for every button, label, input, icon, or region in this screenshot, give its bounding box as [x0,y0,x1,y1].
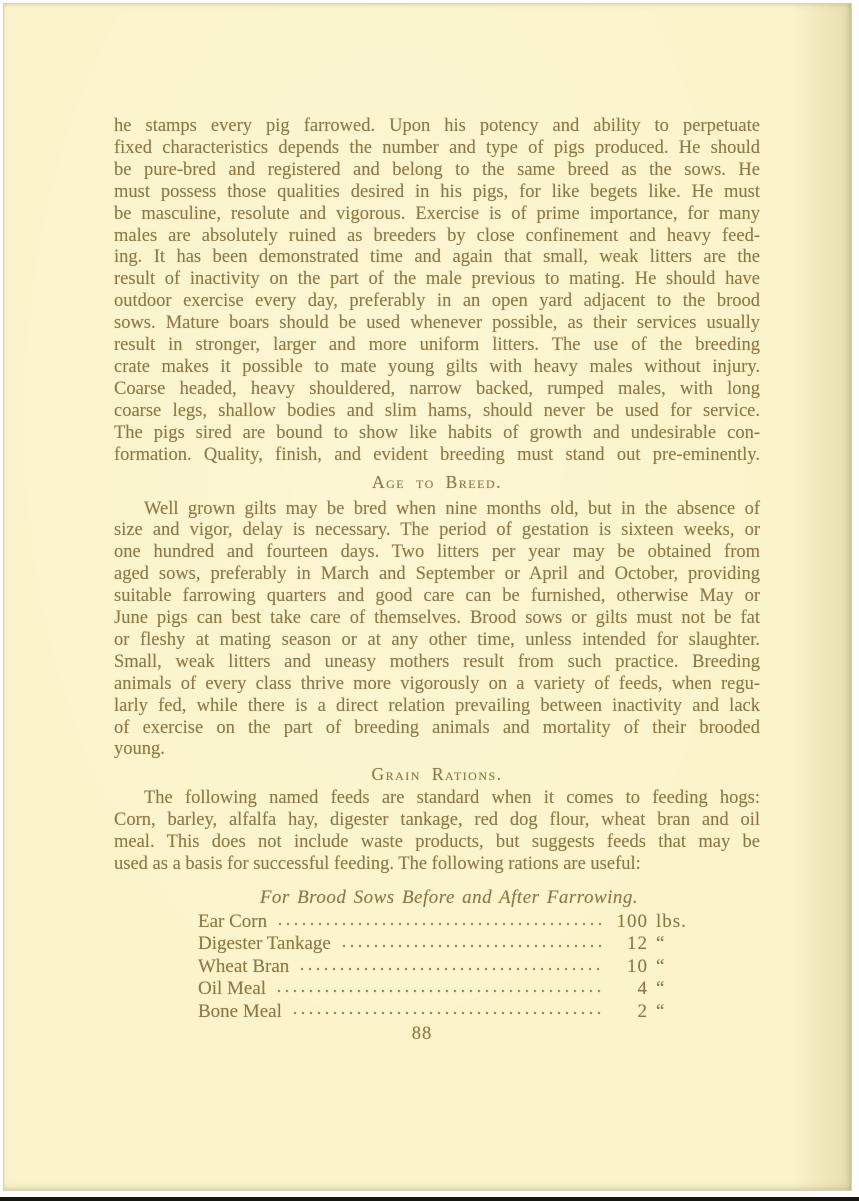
text-line: size and vigor, delay is necessary. The … [114,520,760,542]
text-line: Small, weak litters and uneasy mothers r… [114,652,760,674]
text-line: Corn, barley, alfalfa hay, digester tank… [114,810,760,832]
text-line: meal. This does not include waste produc… [114,832,760,854]
ration-table: For Brood Sows Before and After Farrowin… [198,886,700,1023]
text-line: June pigs can best take care of themselv… [114,608,760,630]
text-line: must possess those qualities desired in … [114,182,760,204]
text-line: or fleshy at mating season or at any oth… [114,630,760,652]
ration-unit: lbs. [656,911,700,933]
text-line: used as a basis for successful feeding. … [114,854,760,876]
text-line: males are absolutely ruined as breeders … [114,226,760,248]
text-line: of exercise on the part of breeding anim… [114,718,760,740]
dot-leader [274,911,602,933]
text-line: young. [114,739,760,761]
text-line: The following named feeds are standard w… [114,788,760,810]
text-line: fixed characteristics depends the number… [114,138,760,160]
ration-item-label: Digester Tankage [198,933,338,955]
page-number: 88 [84,1023,760,1045]
ration-table-rows: Ear Corn 100 lbs. Digester Tankage 12 “ … [198,911,700,1023]
text-line: Well grown gilts may be bred when nine m… [114,499,760,521]
text-line: result of inactivity on the part of the … [114,269,760,291]
text-line: outdoor exercise every day, preferably i… [114,291,760,313]
ration-item-label: Bone Meal [198,1001,289,1023]
ration-item-label: Oil Meal [198,978,273,1000]
ration-unit-ditto: “ [656,978,700,1000]
text-line: result in stronger, larger and more unif… [114,335,760,357]
ration-unit-ditto: “ [656,1001,700,1023]
text-line: sows. Mature boars should be used whenev… [114,313,760,335]
text-line: be pure-bred and registered and belong t… [114,160,760,182]
text-line: one hundred and fourteen days. Two litte… [114,542,760,564]
section-heading-age-to-breed: Age to Breed. [114,472,760,493]
text-line: ing. It has been demonstrated time and a… [114,247,760,269]
text-line: he stamps every pig farrowed. Upon his p… [114,116,760,138]
paragraph-boar-qualities: he stamps every pig farrowed. Upon his p… [114,116,760,467]
text-line: aged sows, preferably in March and Septe… [114,564,760,586]
scanned-book-page: he stamps every pig farrowed. Upon his p… [0,0,859,1202]
paragraph-age-to-breed: Well grown gilts may be bred when nine m… [114,499,760,762]
text-line: coarse legs, shallow bodies and slim ham… [114,401,760,423]
text-block: he stamps every pig farrowed. Upon his p… [114,4,760,1045]
ration-table-title: For Brood Sows Before and After Farrowin… [198,886,700,909]
paper-page: he stamps every pig farrowed. Upon his p… [3,3,852,1191]
ration-item-label: Ear Corn [198,911,274,933]
text-line: Coarse headed, heavy shouldered, narrow … [114,379,760,401]
paragraph-grain-rations: The following named feeds are standard w… [114,788,760,876]
ration-amount: 100 [602,911,648,933]
text-line: larly fed, while there is a direct relat… [114,696,760,718]
ration-row-oil-meal: Oil Meal 4 “ [198,978,700,1000]
text-line: The pigs sired are bound to show like ha… [114,423,760,445]
ration-row-ear-corn: Ear Corn 100 lbs. [198,911,700,933]
ration-unit-ditto: “ [656,956,700,978]
text-line: crate makes it possible to mate young gi… [114,357,760,379]
ration-amount: 4 [602,978,648,1000]
ration-unit-ditto: “ [656,933,700,955]
ration-row-digester-tankage: Digester Tankage 12 “ [198,933,700,955]
ration-item-label: Wheat Bran [198,956,296,978]
dot-leader [338,933,602,955]
section-heading-grain-rations: Grain Rations. [114,764,760,785]
text-line: formation. Quality, finish, and evident … [114,445,760,467]
text-line: suitable farrowing quarters and good car… [114,586,760,608]
ration-amount: 12 [602,933,648,955]
ration-amount: 10 [602,956,648,978]
dot-leader [296,956,602,978]
text-line: be masculine, resolute and vigorous. Exe… [114,204,760,226]
ration-row-bone-meal: Bone Meal 2 “ [198,1001,700,1023]
text-line: animals of every class thrive more vigor… [114,674,760,696]
dot-leader [289,1001,602,1023]
dot-leader [273,978,602,1000]
ration-amount: 2 [602,1001,648,1023]
ration-row-wheat-bran: Wheat Bran 10 “ [198,956,700,978]
